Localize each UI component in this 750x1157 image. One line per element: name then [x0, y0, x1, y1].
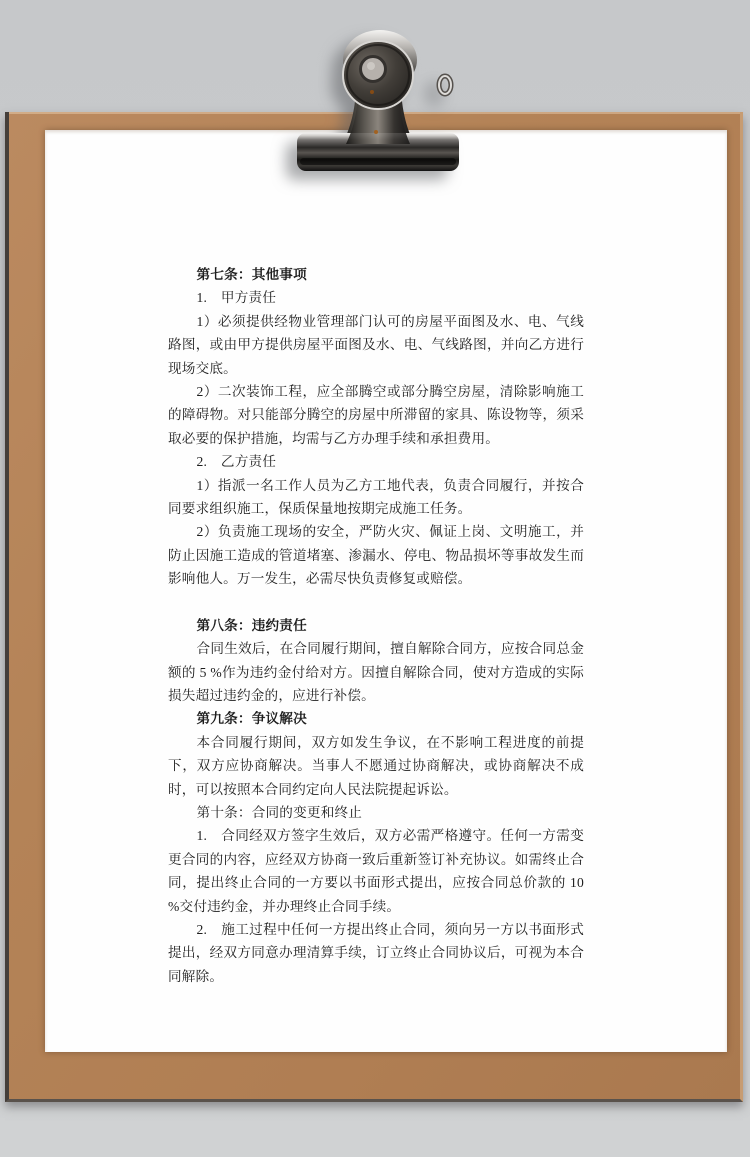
contract-paragraph: 1. 合同经双方签字生效后，双方必需严格遵守。任何一方需变更合同的内容，应经双方…: [168, 824, 584, 918]
contract-paragraph: 2. 乙方责任: [168, 450, 584, 473]
contract-paper: 第七条：其他事项 1. 甲方责任 1）必须提供经物业管理部门认可的房屋平面图及水…: [45, 130, 727, 1052]
binder-clip-graphic: [270, 8, 480, 200]
contract-paragraph: 2）负责施工现场的安全，严防火灾、佩证上岗、文明施工，并防止因施工造成的管道堵塞…: [168, 520, 584, 590]
contract-paragraph: 1）指派一名工作人员为乙方工地代表，负责合同履行，并按合同要求组织施工，保质保量…: [168, 474, 584, 521]
contract-text-block: 第七条：其他事项 1. 甲方责任 1）必须提供经物业管理部门认可的房屋平面图及水…: [168, 263, 584, 988]
contract-heading: 第八条：违约责任: [168, 614, 584, 637]
contract-paragraph: 1）必须提供经物业管理部门认可的房屋平面图及水、电、气线路图，或由甲方提供房屋平…: [168, 310, 584, 380]
contract-paragraph: 本合同履行期间，双方如发生争议，在不影响工程进度的前提下，双方应协商解决。当事人…: [168, 731, 584, 801]
contract-paragraph: 1. 甲方责任: [168, 286, 584, 309]
contract-paragraph: 2. 施工过程中任何一方提出终止合同，须向另一方以书面形式提出，经双方同意办理清…: [168, 918, 584, 988]
contract-paragraph: 第十条：合同的变更和终止: [168, 801, 584, 824]
contract-heading: 第七条：其他事项: [168, 263, 584, 286]
contract-paragraph: 2）二次装饰工程，应全部腾空或部分腾空房屋，清除影响施工的障碍物。对只能部分腾空…: [168, 380, 584, 450]
binder-clip: [270, 8, 480, 200]
contract-paragraph: 合同生效后，在合同履行期间，擅自解除合同方，应按合同总金额的 5 %作为违约金付…: [168, 637, 584, 707]
contract-heading: 第九条：争议解决: [168, 707, 584, 730]
